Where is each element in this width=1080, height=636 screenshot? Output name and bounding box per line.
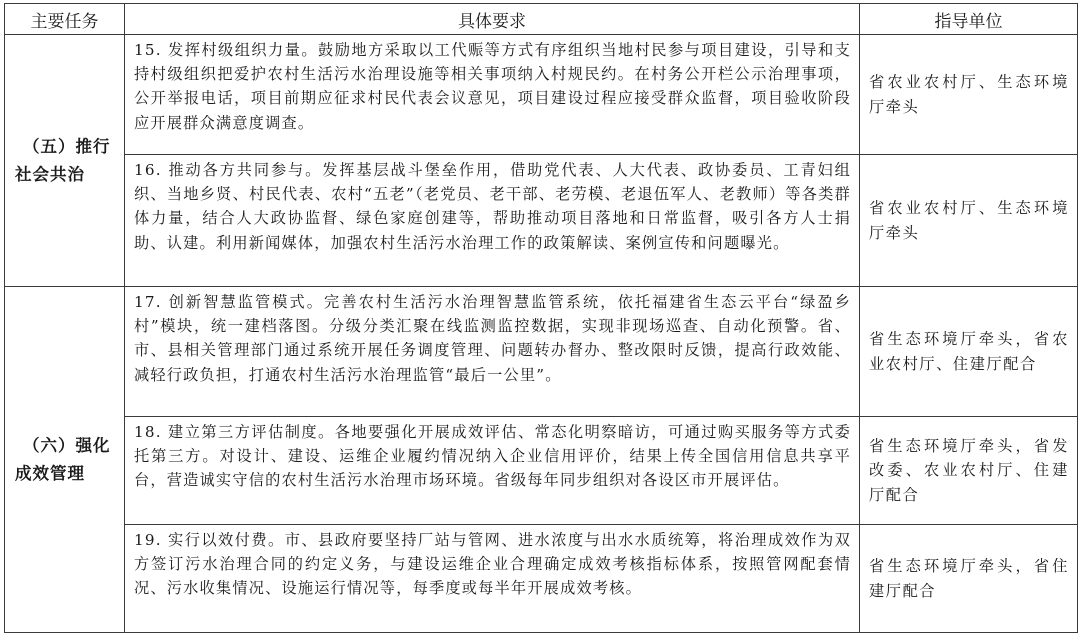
table-row-16: 16. 推动各方共同参与。发挥基层战斗堡垒作用，借助党代表、人大代表、政协委员、… <box>5 155 1078 287</box>
table-row-17: （六）强化 成效管理 17. 创新智慧监管模式。完善农村生活污水治理智慧监管系统… <box>5 287 1078 417</box>
table-row-19: 19. 实行以效付费。市、县政府要坚持厂站与管网、进水浓度与出水水质统筹，将治理… <box>5 525 1078 633</box>
table-row-15: （五）推行 社会共治 15. 发挥村级组织力量。鼓励地方采取以工代赈等方式有序组… <box>5 35 1078 155</box>
task-group-6: （六）强化 成效管理 <box>5 287 125 633</box>
task-requirements-table: 主要任务 具体要求 指导单位 （五）推行 社会共治 15. 发挥村级组织力量。鼓… <box>4 3 1078 633</box>
requirement-cell-18: 18. 建立第三方评估制度。各地要强化开展成效评估、常态化明察暗访，可通过购买服… <box>125 417 860 525</box>
unit-cell-19: 省生态环境厅牵头，省住建厅配合 <box>860 525 1078 633</box>
unit-cell-16: 省农业农村厅、生态环境厅牵头 <box>860 155 1078 287</box>
task-group-5: （五）推行 社会共治 <box>5 35 125 287</box>
header-main-task: 主要任务 <box>5 4 125 35</box>
task-group-5-line2: 社会共治 <box>15 161 124 189</box>
unit-cell-15: 省农业农村厅、生态环境厅牵头 <box>860 35 1078 155</box>
task-group-6-line2: 成效管理 <box>15 460 124 488</box>
table-header: 主要任务 具体要求 指导单位 <box>5 4 1078 35</box>
header-guiding-unit: 指导单位 <box>860 4 1078 35</box>
unit-cell-18: 省生态环境厅牵头，省发改委、农业农村厅、住建厅配合 <box>860 417 1078 525</box>
requirement-cell-15: 15. 发挥村级组织力量。鼓励地方采取以工代赈等方式有序组织当地村民参与项目建设… <box>125 35 860 155</box>
header-requirement: 具体要求 <box>125 4 860 35</box>
requirement-cell-17: 17. 创新智慧监管模式。完善农村生活污水治理智慧监管系统，依托福建省生态云平台… <box>125 287 860 417</box>
table-body: （五）推行 社会共治 15. 发挥村级组织力量。鼓励地方采取以工代赈等方式有序组… <box>5 35 1078 633</box>
requirement-cell-19: 19. 实行以效付费。市、县政府要坚持厂站与管网、进水浓度与出水水质统筹，将治理… <box>125 525 860 633</box>
table-row-18: 18. 建立第三方评估制度。各地要强化开展成效评估、常态化明察暗访，可通过购买服… <box>5 417 1078 525</box>
unit-cell-17: 省生态环境厅牵头，省农业农村厅、住建厅配合 <box>860 287 1078 417</box>
task-group-6-line1: （六）强化 <box>15 432 124 460</box>
header-row: 主要任务 具体要求 指导单位 <box>5 4 1078 35</box>
requirement-cell-16: 16. 推动各方共同参与。发挥基层战斗堡垒作用，借助党代表、人大代表、政协委员、… <box>125 155 860 287</box>
task-group-5-line1: （五）推行 <box>15 133 124 161</box>
